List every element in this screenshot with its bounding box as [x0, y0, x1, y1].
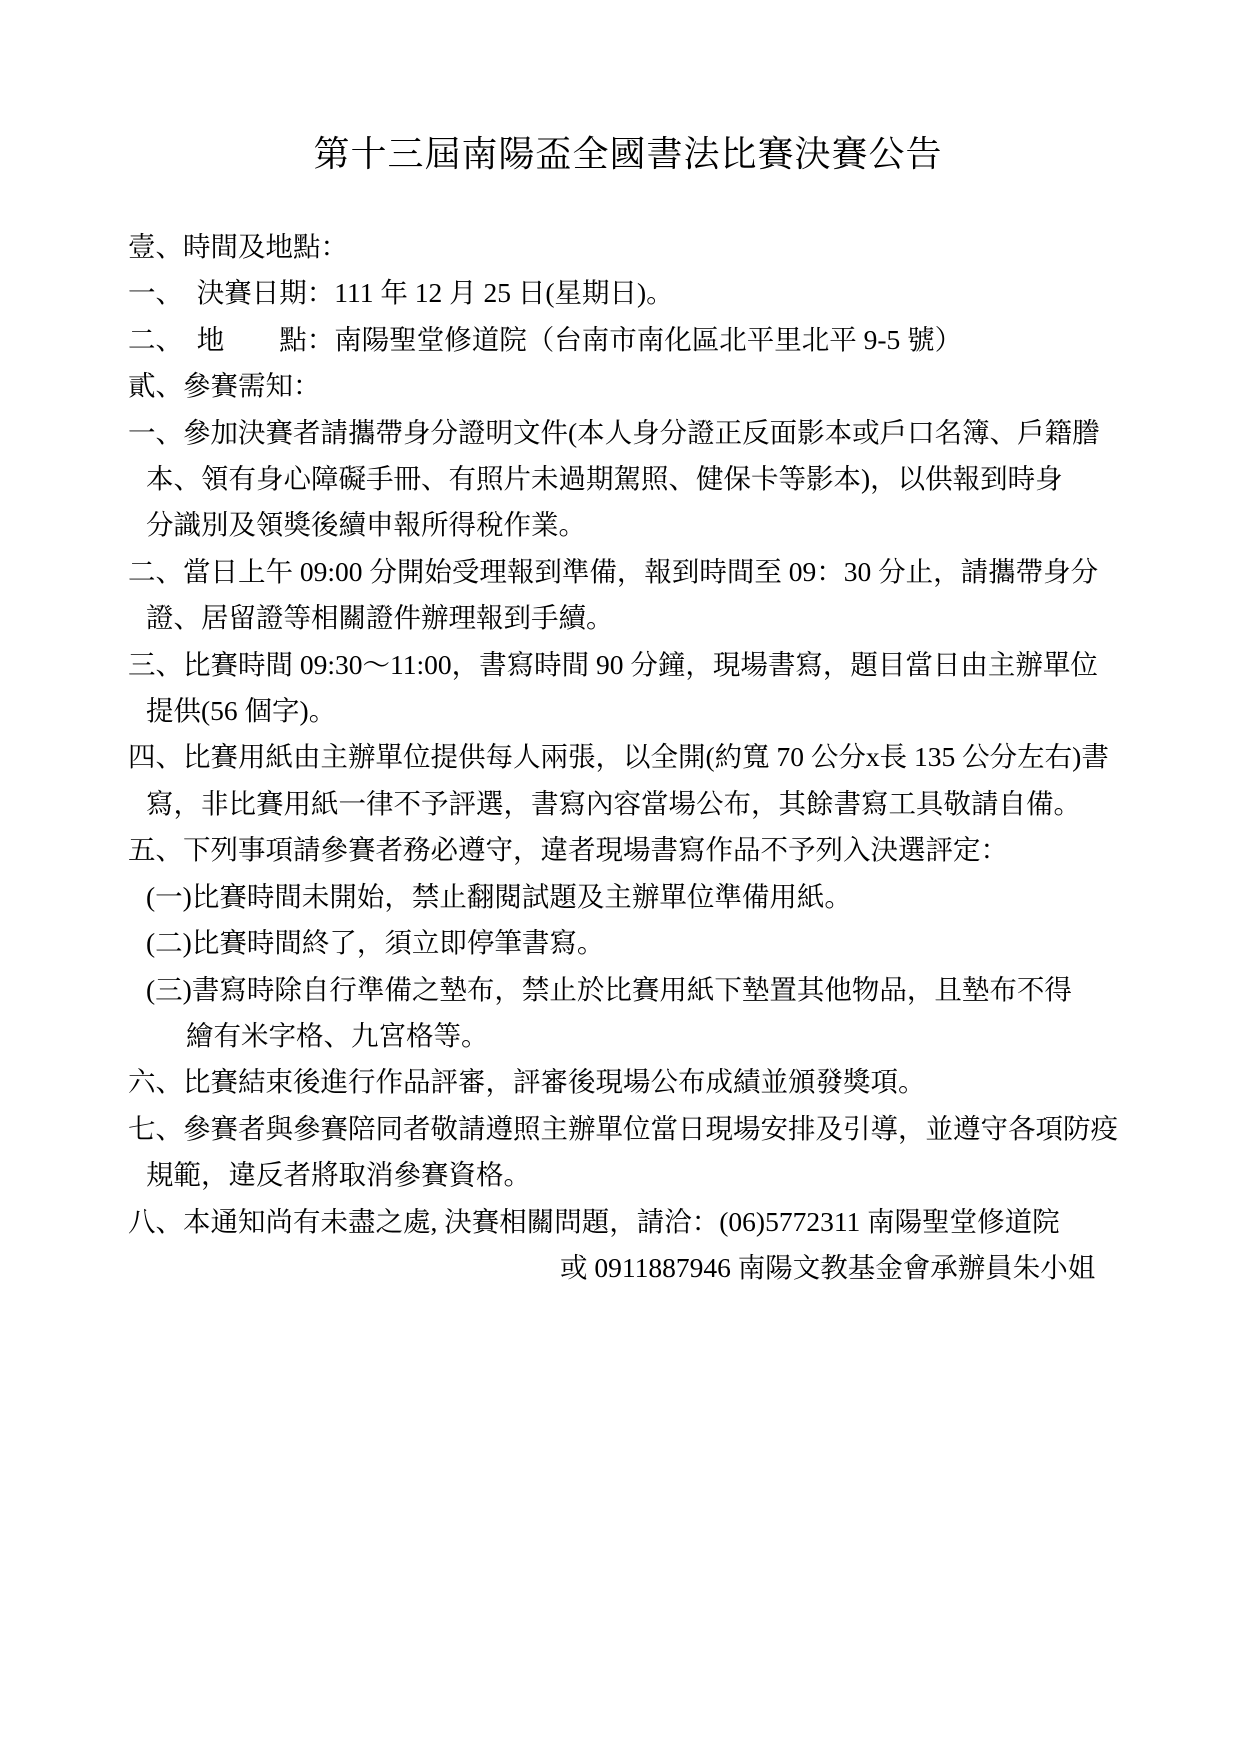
- document-body: 壹、時間及地點： 一、 決賽日期：111 年 12 月 25 日(星期日)。 二…: [128, 224, 1128, 1291]
- section-2-item-7: 七、參賽者與參賽陪同者敬請遵照主辦單位當日現場安排及引導，並遵守各項防疫: [128, 1106, 1128, 1152]
- section-1-item-1: 一、 決賽日期：111 年 12 月 25 日(星期日)。: [128, 270, 1128, 316]
- section-2-item-2: 二、當日上午 09:00 分開始受理報到準備，報到時間至 09：30 分止，請攜…: [128, 549, 1128, 595]
- section-1-heading: 壹、時間及地點：: [128, 224, 1128, 270]
- section-2-item-3: 三、比賽時間 09:30～11:00，書寫時間 90 分鐘，現場書寫，題目當日由…: [128, 642, 1128, 688]
- document-content: 第十三屆南陽盃全國書法比賽決賽公告 壹、時間及地點： 一、 決賽日期：111 年…: [128, 128, 1128, 1291]
- section-2-item-5-sub-2: (二)比賽時間終了，須立即停筆書寫。: [128, 920, 1128, 966]
- section-2-item-5-sub-3-cont: 繪有米字格、九宮格等。: [128, 1013, 1128, 1059]
- document-page: 第十三屆南陽盃全國書法比賽決賽公告 壹、時間及地點： 一、 決賽日期：111 年…: [0, 0, 1241, 1755]
- section-2-item-1-cont-1: 本、領有身心障礙手冊、有照片未過期駕照、健保卡等影本)，以供報到時身: [128, 456, 1128, 502]
- section-2-item-2-cont-1: 證、居留證等相關證件辦理報到手續。: [128, 595, 1128, 641]
- section-2-item-4: 四、比賽用紙由主辦單位提供每人兩張，以全開(約寬 70 公分x長 135 公分左…: [128, 734, 1128, 780]
- section-2-item-1: 一、參加決賽者請攜帶身分證明文件(本人身分證正反面影本或戶口名簿、戶籍謄: [128, 410, 1128, 456]
- section-1-item-2: 二、 地 點：南陽聖堂修道院（台南市南化區北平里北平 9-5 號）: [128, 317, 1128, 363]
- section-2-item-1-cont-2: 分識別及領獎後續申報所得稅作業。: [128, 502, 1128, 548]
- section-2-item-8-contact-line: 或 0911887946 南陽文教基金會承辦員朱小姐: [128, 1245, 1128, 1291]
- section-2-item-5: 五、下列事項請參賽者務必遵守，違者現場書寫作品不予列入決選評定：: [128, 827, 1128, 873]
- section-2-item-3-cont-1: 提供(56 個字)。: [128, 688, 1128, 734]
- section-2-item-5-sub-1: (一)比賽時間未開始，禁止翻閱試題及主辦單位準備用紙。: [128, 874, 1128, 920]
- section-2-item-8: 八、本通知尚有未盡之處, 決賽相關問題，請洽：(06)5772311 南陽聖堂修…: [128, 1199, 1128, 1245]
- section-2-item-5-sub-3: (三)書寫時除自行準備之墊布，禁止於比賽用紙下墊置其他物品，且墊布不得: [128, 967, 1128, 1013]
- section-2-heading: 貳、參賽需知：: [128, 363, 1128, 409]
- section-2-item-7-cont-1: 規範，違反者將取消參賽資格。: [128, 1152, 1128, 1198]
- section-2-item-6: 六、比賽結束後進行作品評審，評審後現場公布成績並頒發獎項。: [128, 1059, 1128, 1105]
- document-title: 第十三屆南陽盃全國書法比賽決賽公告: [128, 128, 1128, 180]
- section-2-item-4-cont-1: 寫，非比賽用紙一律不予評選，書寫內容當場公布，其餘書寫工具敬請自備。: [128, 781, 1128, 827]
